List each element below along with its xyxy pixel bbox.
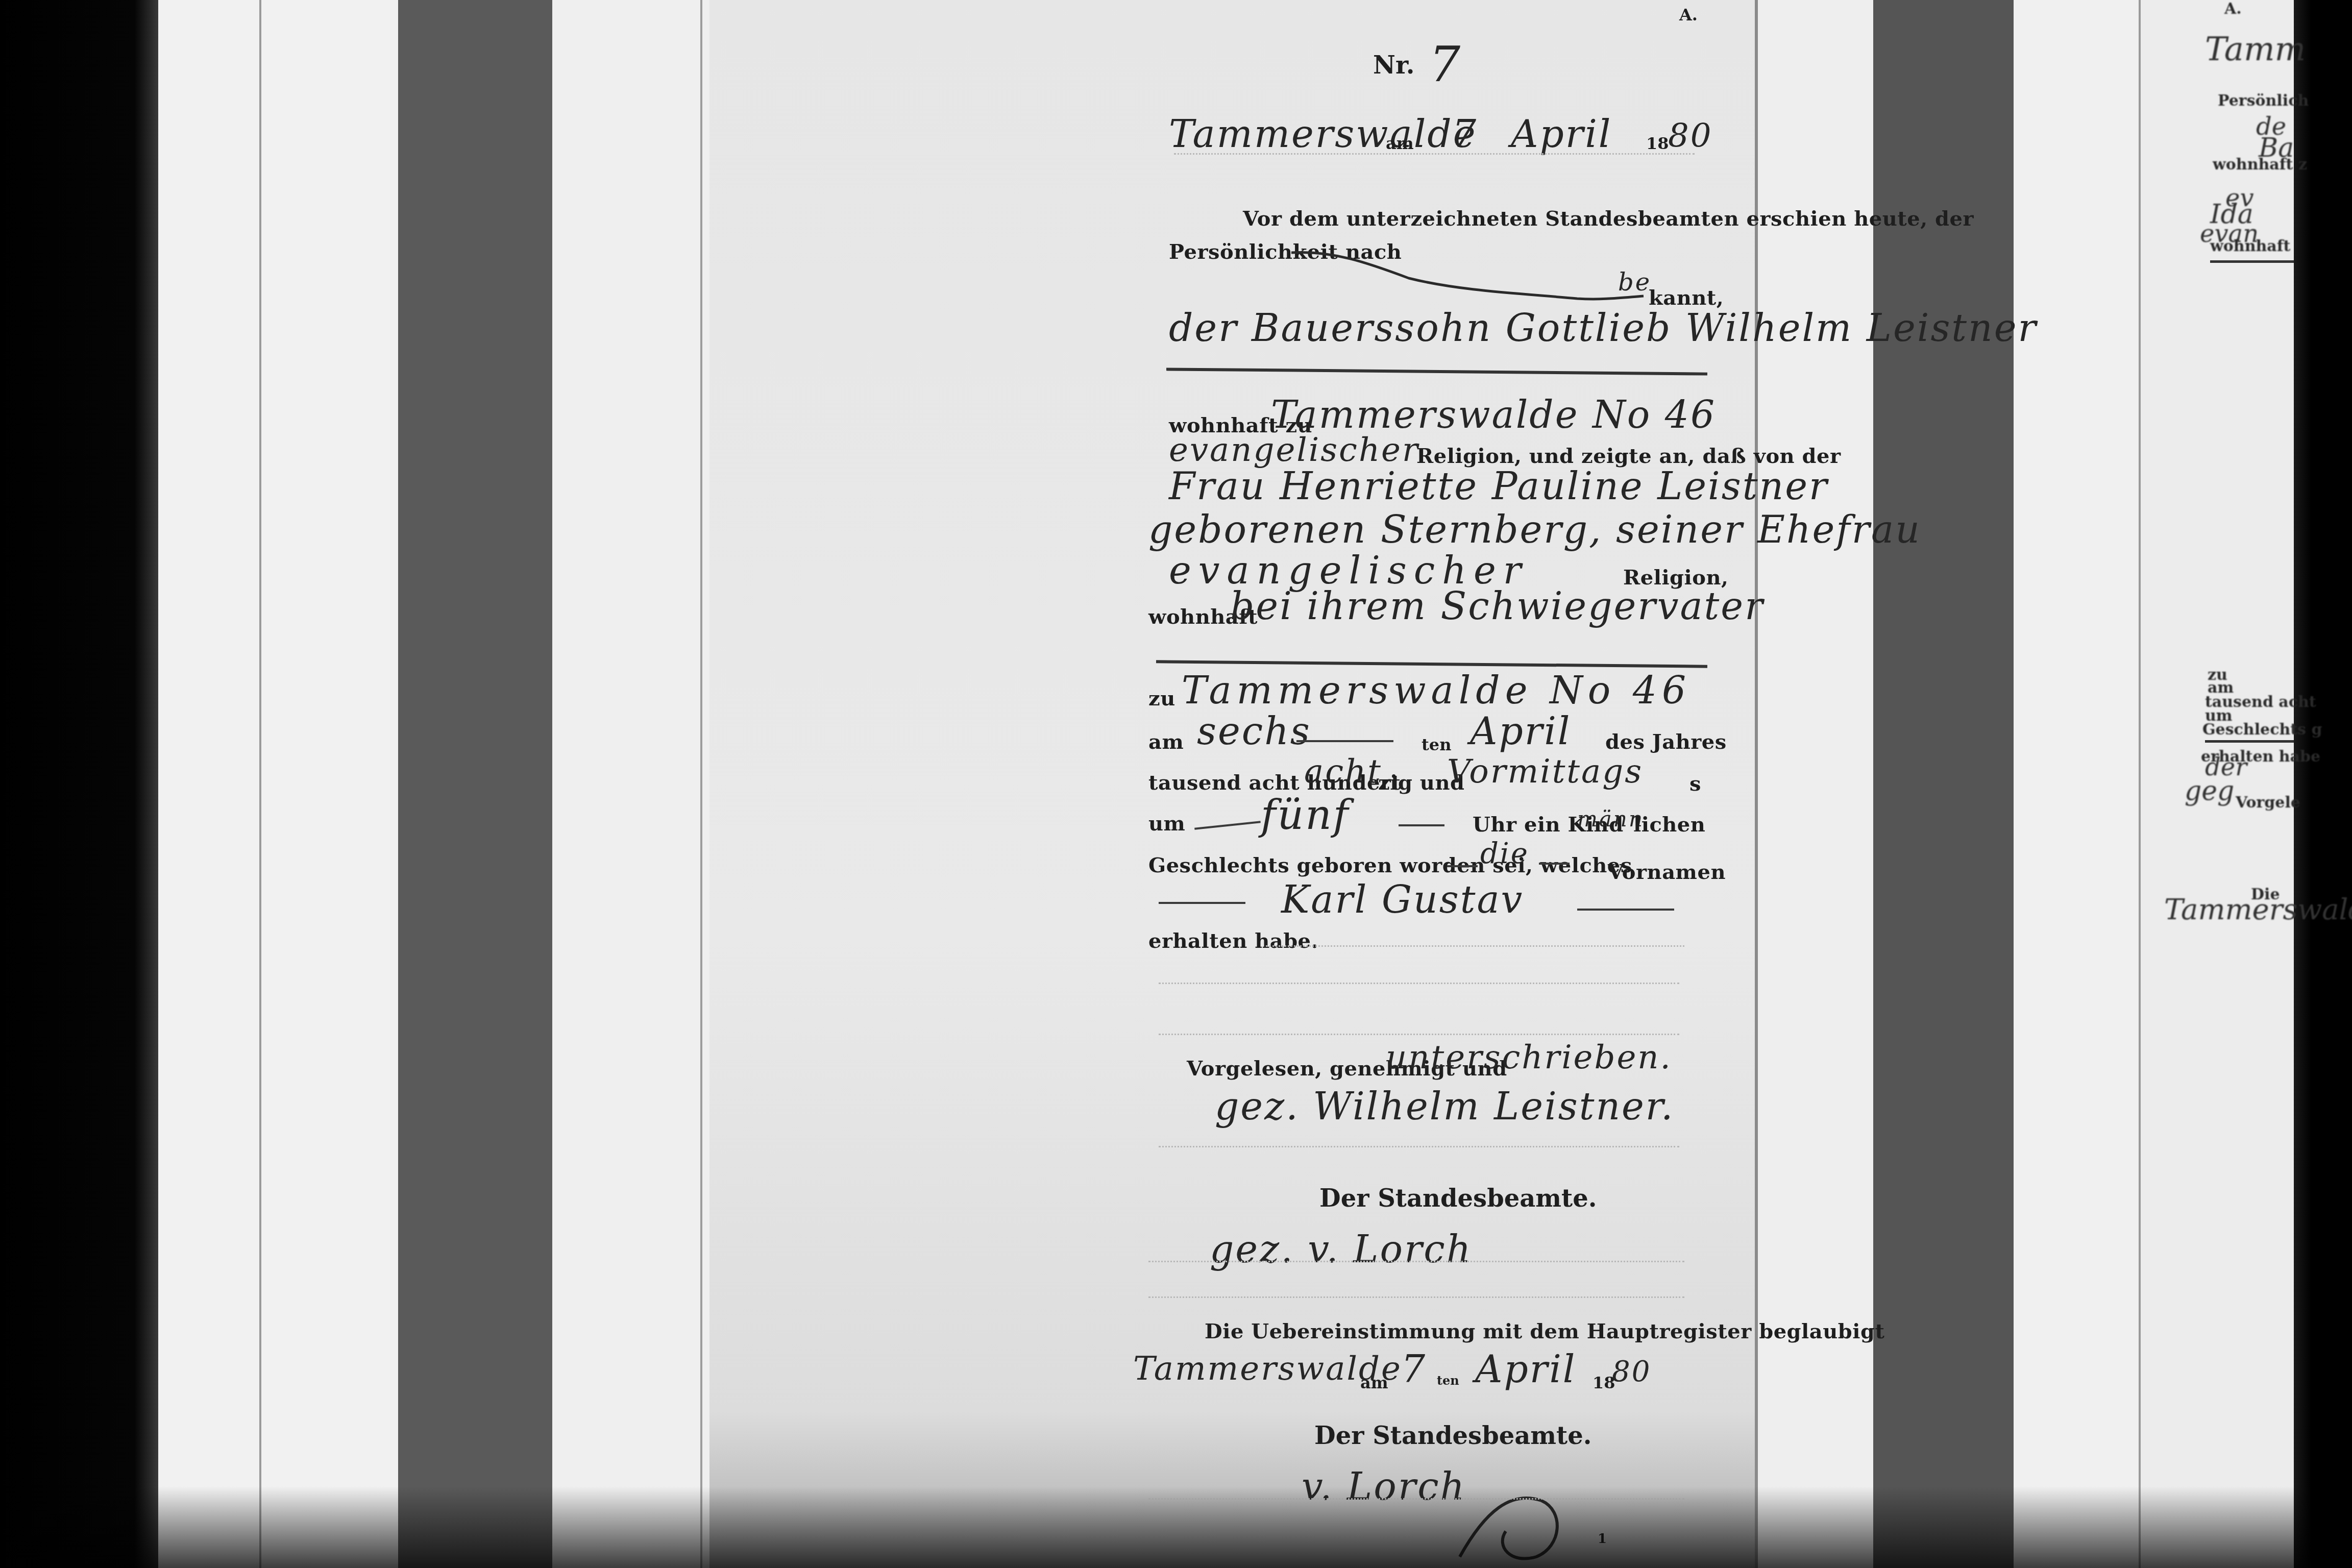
fill-line bbox=[1159, 983, 1679, 984]
birth-year-hand: acht bbox=[1304, 753, 1382, 791]
corner-mark: A. bbox=[1679, 5, 1698, 24]
strike-through-scribble bbox=[1291, 248, 1649, 304]
adjacent-place: Tamm bbox=[2205, 31, 2306, 68]
gutter-band-right bbox=[1873, 0, 2014, 1568]
birth-day-label: am bbox=[1148, 730, 1184, 754]
fill-line bbox=[1159, 1034, 1679, 1035]
microfilm-frame: A. Nr. 7 Tammerswalde am 7 April 18 80 V… bbox=[0, 0, 2352, 1568]
signature-flourish bbox=[1455, 1480, 1567, 1567]
adjacent-line: wohnhaft bbox=[2210, 237, 2290, 255]
mother-name: Frau Henriette Pauline Leistner bbox=[1169, 464, 1828, 508]
page-edge-left-outer bbox=[158, 0, 398, 1568]
fill-line bbox=[1266, 945, 1684, 947]
sex-line-hand: die bbox=[1480, 837, 1529, 870]
fill-dash bbox=[1577, 909, 1674, 911]
adjacent-line: wohnhaft z bbox=[2213, 156, 2307, 174]
birth-year-label: des Jahres bbox=[1605, 730, 1727, 754]
registrar-signature: gez. v. Lorch bbox=[1210, 1228, 1472, 1271]
film-border-right bbox=[2294, 0, 2352, 1568]
fill-line bbox=[1148, 1296, 1684, 1298]
am-label: am bbox=[1386, 134, 1414, 153]
fill-line bbox=[1174, 153, 1695, 155]
record-number-label: Nr. bbox=[1373, 51, 1414, 80]
birthplace-label: zu bbox=[1148, 687, 1175, 710]
certification-day: 7 bbox=[1401, 1347, 1427, 1391]
adjacent-corner-mark: A. bbox=[2224, 0, 2242, 18]
gutter-band-left bbox=[398, 0, 552, 1568]
certification-month: April bbox=[1475, 1347, 1577, 1391]
adjacent-rule bbox=[2205, 740, 2294, 743]
registrar-title-certification: Der Standesbeamte. bbox=[1314, 1422, 1592, 1450]
adjacent-line: geg bbox=[2185, 776, 2234, 806]
fill-dash bbox=[1539, 863, 1570, 865]
informant-religion: evangelischer bbox=[1169, 431, 1419, 469]
page-edge-left-inner bbox=[552, 0, 710, 1568]
place-handwritten: Tammerswalde bbox=[1169, 112, 1477, 156]
page-edge-right-outer bbox=[2014, 0, 2139, 1568]
time-of-day-suffix: s bbox=[1689, 772, 1701, 796]
fill-dash bbox=[1447, 865, 1478, 867]
film-border-left bbox=[0, 0, 158, 1568]
birth-day-suffix: ten bbox=[1422, 735, 1451, 754]
certification-year-suffix: 80 bbox=[1612, 1355, 1651, 1388]
record-month: April bbox=[1511, 112, 1612, 156]
certification-text: Die Uebereinstimmung mit dem Hauptregist… bbox=[1205, 1319, 1884, 1343]
forenames-label: Vornamen bbox=[1608, 860, 1726, 884]
adjacent-rule bbox=[2210, 260, 2294, 263]
registrar-title: Der Standesbeamte. bbox=[1319, 1184, 1597, 1213]
fill-line bbox=[1148, 1498, 1684, 1500]
certification-am: am bbox=[1360, 1373, 1388, 1392]
page-mark: 1 bbox=[1598, 1531, 1607, 1547]
hour-label: um bbox=[1148, 812, 1185, 836]
received-label: erhalten habe. bbox=[1148, 929, 1318, 953]
fill-line bbox=[1148, 1261, 1684, 1262]
certification-day-suffix: ten bbox=[1437, 1373, 1459, 1388]
informant-signature: gez. Wilhelm Leistner. bbox=[1215, 1085, 1675, 1129]
adjacent-line: Vorgele bbox=[2236, 794, 2300, 812]
year-prefix: 18 bbox=[1646, 134, 1669, 153]
intro-text: Vor dem unterzeichneten Standesbeamten e… bbox=[1243, 207, 1974, 231]
birthplace: Tammerswalde No 46 bbox=[1182, 669, 1691, 713]
registrar-signature-certification: v. Lorch bbox=[1302, 1465, 1466, 1509]
fill-dash bbox=[1399, 824, 1444, 826]
fill-line bbox=[1159, 1146, 1679, 1147]
record-day: 7 bbox=[1452, 112, 1478, 156]
informant-residence: Tammerswalde No 46 bbox=[1271, 393, 1716, 437]
informant-name: der Bauerssohn Gottlieb Wilhelm Leistner bbox=[1169, 306, 2038, 350]
child-sex-suffix: lichen bbox=[1633, 813, 1705, 837]
sex-line-text: Geschlechts geboren worden sei, welches bbox=[1148, 853, 1632, 877]
child-forenames: Karl Gustav bbox=[1281, 878, 1524, 922]
birth-month: April bbox=[1470, 709, 1572, 753]
year-suffix: 80 bbox=[1668, 117, 1712, 155]
birth-day: sechs bbox=[1197, 709, 1311, 753]
identity-hand: be bbox=[1618, 268, 1651, 297]
record-number-value: 7 bbox=[1429, 36, 1460, 93]
adjacent-line: Persönlich bbox=[2218, 92, 2309, 110]
fill-dash bbox=[1159, 902, 1245, 904]
mother-residence: bei ihrem Schwiegervater bbox=[1230, 584, 1765, 628]
page-edge-line bbox=[700, 0, 702, 1568]
mother-maiden-name: geborenen Sternberg, seiner Ehefrau bbox=[1148, 508, 1921, 552]
birth-hour: fünf bbox=[1261, 791, 1350, 839]
page-edge-line bbox=[259, 0, 261, 1568]
time-of-day: Vormittags bbox=[1447, 753, 1643, 791]
adjacent-line: Tammerswalde bbox=[2164, 893, 2352, 926]
read-approved-hand: unterschrieben. bbox=[1386, 1039, 1672, 1076]
adjacent-line: Geschlechts g bbox=[2202, 721, 2322, 739]
fill-dash bbox=[1296, 740, 1393, 742]
